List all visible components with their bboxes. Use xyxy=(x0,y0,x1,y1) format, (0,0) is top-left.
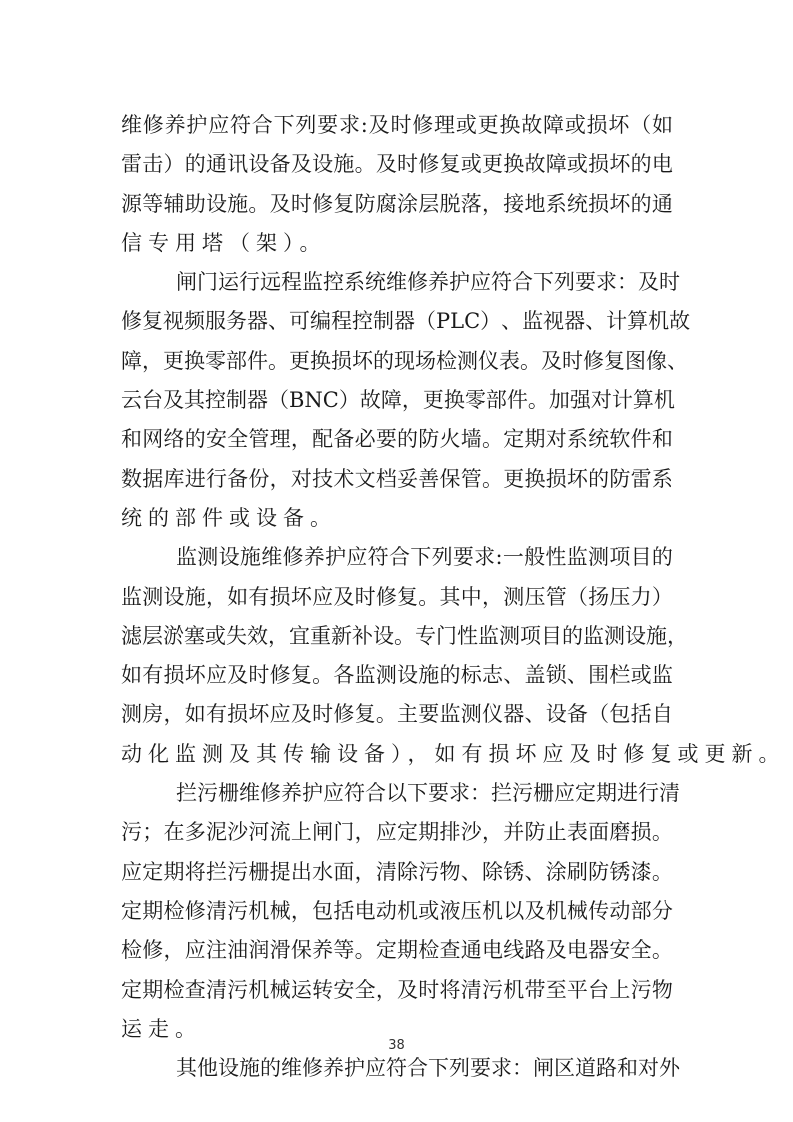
text-line: 污；在多泥沙河流上闸门，应定期排沙，并防止表面磨损。 xyxy=(121,813,673,852)
text-line: 检修，应注油润滑保养等。定期检查通电线路及电器安全。 xyxy=(121,931,673,970)
body-text: 维修养护应符合下列要求:及时修理或更换故障或损坏（如雷击）的通讯设备及设施。及时… xyxy=(121,106,673,1088)
text-line: 源等辅助设施。及时修复防腐涂层脱落，接地系统损坏的通 xyxy=(121,185,673,224)
text-line: 监测设施，如有损坏应及时修复。其中，测压管（扬压力） xyxy=(121,578,673,617)
document-page: 维修养护应符合下列要求:及时修理或更换故障或损坏（如雷击）的通讯设备及设施。及时… xyxy=(0,0,793,1122)
text-line: 修复视频服务器、可编程控制器（PLC）、监视器、计算机故 xyxy=(121,302,673,341)
text-line: 统的部件或设备。 xyxy=(121,499,673,538)
text-line: 定期检修清污机械，包括电动机或液压机以及机械传动部分 xyxy=(121,892,673,931)
text-line: 和网络的安全管理，配备必要的防火墙。定期对系统软件和 xyxy=(121,420,673,459)
text-line: 维修养护应符合下列要求:及时修理或更换故障或损坏（如 xyxy=(121,106,673,145)
text-line: 数据库进行备份，对技术文档妥善保管。更换损坏的防雷系 xyxy=(121,460,673,499)
text-line: 雷击）的通讯设备及设施。及时修复或更换故障或损坏的电 xyxy=(121,145,673,184)
text-line: 滤层淤塞或失效，宜重新补设。专门性监测项目的监测设施， xyxy=(121,617,673,656)
text-line: 如有损坏应及时修复。各监测设施的标志、盖锁、围栏或监 xyxy=(121,656,673,695)
text-line: 监测设施维修养护应符合下列要求:一般性监测项目的 xyxy=(121,538,673,577)
text-line: 应定期将拦污栅提出水面，清除污物、除锈、涂刷防锈漆。 xyxy=(121,853,673,892)
text-line: 定期检查清污机械运转安全，及时将清污机带至平台上污物 xyxy=(121,971,673,1010)
text-line: 动化监测及其传输设备），如有损坏应及时修复或更新。 xyxy=(121,735,673,774)
page-number: 38 xyxy=(0,1038,793,1053)
text-line: 障，更换零部件。更换损坏的现场检测仪表。及时修复图像、 xyxy=(121,342,673,381)
text-line: 其他设施的维修养护应符合下列要求：闸区道路和对外 xyxy=(121,1049,673,1088)
text-line: 闸门运行远程监控系统维修养护应符合下列要求：及时 xyxy=(121,263,673,302)
text-line: 云台及其控制器（BNC）故障，更换零部件。加强对计算机 xyxy=(121,381,673,420)
text-line: 拦污栅维修养护应符合以下要求：拦污栅应定期进行清 xyxy=(121,774,673,813)
text-line: 信专用塔（架）。 xyxy=(121,224,673,263)
text-line: 测房，如有损坏应及时修复。主要监测仪器、设备（包括自 xyxy=(121,695,673,734)
